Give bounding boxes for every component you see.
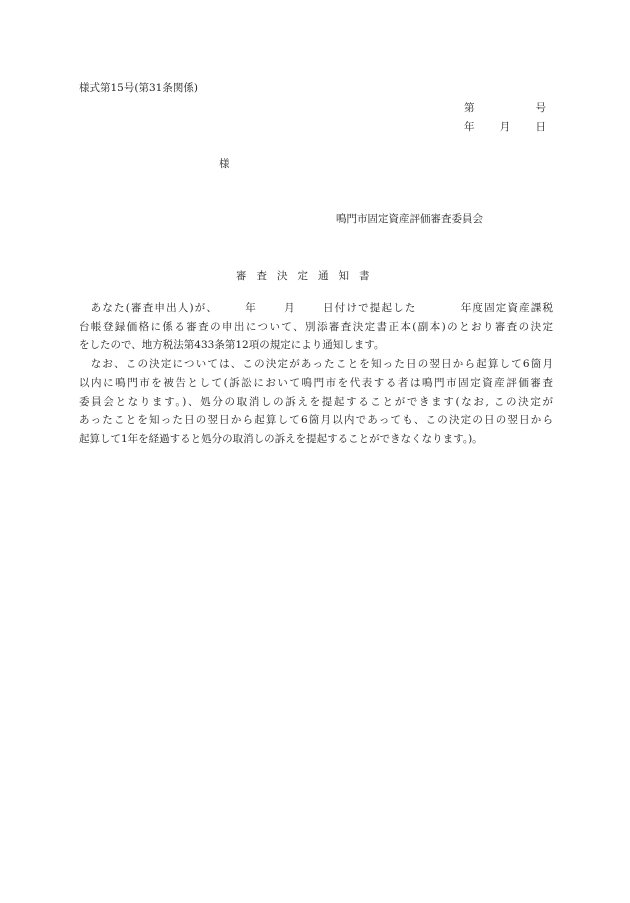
paragraph-2-line-4: あったことを知った日の翌日から起算して6箇月以内であっても、この決定の日の翌日か… xyxy=(79,411,553,430)
paragraph-2-line-3: 委員会となります。)、処分の取消しの訴えを提起することができます(なお, この決… xyxy=(79,393,553,412)
number-prefix: 第 xyxy=(464,100,475,115)
document-number-field: 第 号 xyxy=(464,100,546,115)
sender-name: 鳴門市固定資産評価審査委員会 xyxy=(336,211,483,226)
document-title: 審査決定通知書 xyxy=(236,268,380,283)
blank-month-label: 月 xyxy=(283,302,296,314)
paragraph-1: あなた(審査申出人)が、年月日付けで提起した年度固定資産課税 台帳登録価格に係る… xyxy=(79,299,553,355)
text-segment: 日付けで提起した xyxy=(322,302,417,314)
paragraph-2-line-2: 以内に鳴門市を被告として(訴訟において鳴門市を代表する者は鳴門市固定資産評価審査 xyxy=(79,374,553,393)
blank-year-label: 年 xyxy=(244,302,257,314)
paragraph-1-line-2: 台帳登録価格に係る審査の申出について、別添審査決定書正本(副本)のとおり審査の決… xyxy=(79,318,553,337)
date-month-label: 月 xyxy=(500,119,511,134)
form-number-label: 様式第15号(第31条関係) xyxy=(79,80,198,95)
body-text: あなた(審査申出人)が、年月日付けで提起した年度固定資産課税 台帳登録価格に係る… xyxy=(79,299,553,449)
date-day-label: 日 xyxy=(536,119,547,134)
addressee-honorific: 様 xyxy=(219,156,230,171)
paragraph-2-line-1: なお、この決定については、この決定があったことを知った日の翌日から起算して6箇月 xyxy=(79,355,553,374)
paragraph-1-line-1: あなた(審査申出人)が、年月日付けで提起した年度固定資産課税 xyxy=(79,299,553,318)
text-segment: 年度固定資産課税 xyxy=(460,302,553,314)
text-segment: あなた(審査申出人)が、 xyxy=(79,302,218,314)
paragraph-2: なお、この決定については、この決定があったことを知った日の翌日から起算して6箇月… xyxy=(79,355,553,449)
date-year-label: 年 xyxy=(464,119,475,134)
paragraph-1-line-3: をしたので、地方税法第433条第12項の規定により通知します。 xyxy=(79,336,553,355)
number-suffix: 号 xyxy=(536,100,547,115)
issue-date-field: 年 月 日 xyxy=(464,119,546,134)
paragraph-2-line-5: 起算して1年を経過すると処分の取消しの訴えを提起することができなくなります。)。 xyxy=(79,430,553,449)
